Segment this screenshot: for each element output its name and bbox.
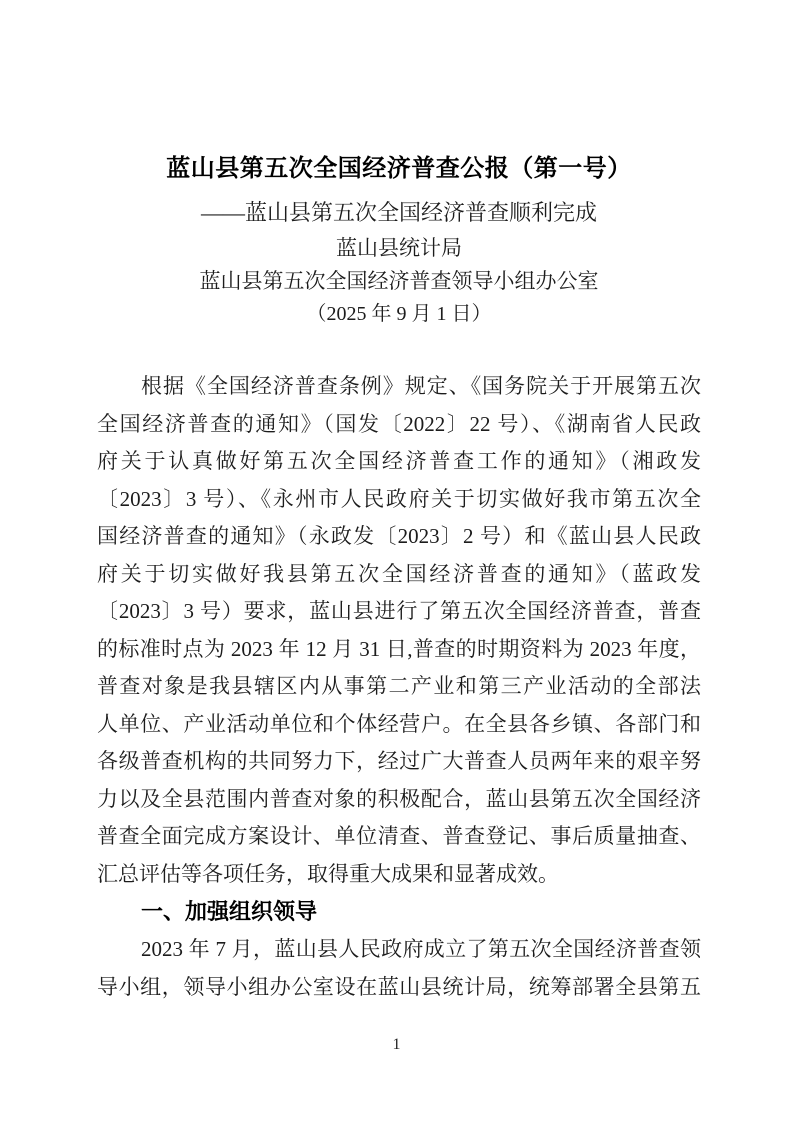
document-page: 蓝山县第五次全国经济普查公报（第一号） ——蓝山县第五次全国经济普查顺利完成 蓝… bbox=[0, 0, 793, 1122]
paragraph-1-line: 力以及全县范围内普查对象的积极配合，蓝山县第五次全国经济 bbox=[97, 781, 701, 819]
body-text: 根据《全国经济普查条例》规定、《国务院关于开展第五次 全国经济普查的通知》（国发… bbox=[97, 368, 701, 1006]
page-number: 1 bbox=[0, 1036, 793, 1054]
paragraph-2-line: 2023 年 7 月，蓝山县人民政府成立了第五次全国经济普查领 bbox=[97, 931, 701, 969]
paragraph-1-line: 全国经济普查的通知》（国发〔2022〕22 号）、《湖南省人民政 bbox=[97, 406, 701, 444]
paragraph-2-line: 导小组，领导小组办公室设在蓝山县统计局，统筹部署全县第五 bbox=[97, 969, 701, 1007]
document-title: 蓝山县第五次全国经济普查公报（第一号） bbox=[97, 150, 701, 187]
paragraph-1-line: 根据《全国经济普查条例》规定、《国务院关于开展第五次 bbox=[97, 368, 701, 406]
document-subtitle: ——蓝山县第五次全国经济普查顺利完成 bbox=[97, 198, 701, 228]
issuer-line-census-leading-group-office: 蓝山县第五次全国经济普查领导小组办公室 bbox=[97, 267, 701, 296]
paragraph-1-line: 人单位、产业活动单位和个体经营户。在全县各乡镇、各部门和 bbox=[97, 706, 701, 744]
paragraph-1-line: 府关于认真做好第五次全国经济普查工作的通知》（湘政发 bbox=[97, 443, 701, 481]
paragraph-1-line: 府关于切实做好我县第五次全国经济普查的通知》（蓝政发 bbox=[97, 556, 701, 594]
issuer-line-statistics-bureau: 蓝山县统计局 bbox=[97, 234, 701, 263]
paragraph-1-line: 各级普查机构的共同努力下，经过广大普查人员两年来的艰辛努 bbox=[97, 743, 701, 781]
section-1-heading: 一、加强组织领导 bbox=[97, 893, 701, 931]
paragraph-1-line: 汇总评估等各项任务，取得重大成果和显著成效。 bbox=[97, 856, 701, 894]
paragraph-1-line: 普查对象是我县辖区内从事第二产业和第三产业活动的全部法 bbox=[97, 668, 701, 706]
paragraph-1-line: 普查全面完成方案设计、单位清查、普查登记、事后质量抽查、 bbox=[97, 818, 701, 856]
paragraph-1-line: 〔2023〕3 号）要求，蓝山县进行了第五次全国经济普查，普查 bbox=[97, 593, 701, 631]
document-date: （2025 年 9 月 1 日） bbox=[97, 300, 701, 329]
paragraph-1-line: 〔2023〕3 号）、《永州市人民政府关于切实做好我市第五次全 bbox=[97, 481, 701, 519]
document-content: 蓝山县第五次全国经济普查公报（第一号） ——蓝山县第五次全国经济普查顺利完成 蓝… bbox=[97, 150, 701, 1006]
paragraph-1-line: 国经济普查的通知》（永政发〔2023〕2 号）和《蓝山县人民政 bbox=[97, 518, 701, 556]
paragraph-1-line: 的标准时点为 2023 年 12 月 31 日,普查的时期资料为 2023 年度… bbox=[97, 631, 701, 669]
